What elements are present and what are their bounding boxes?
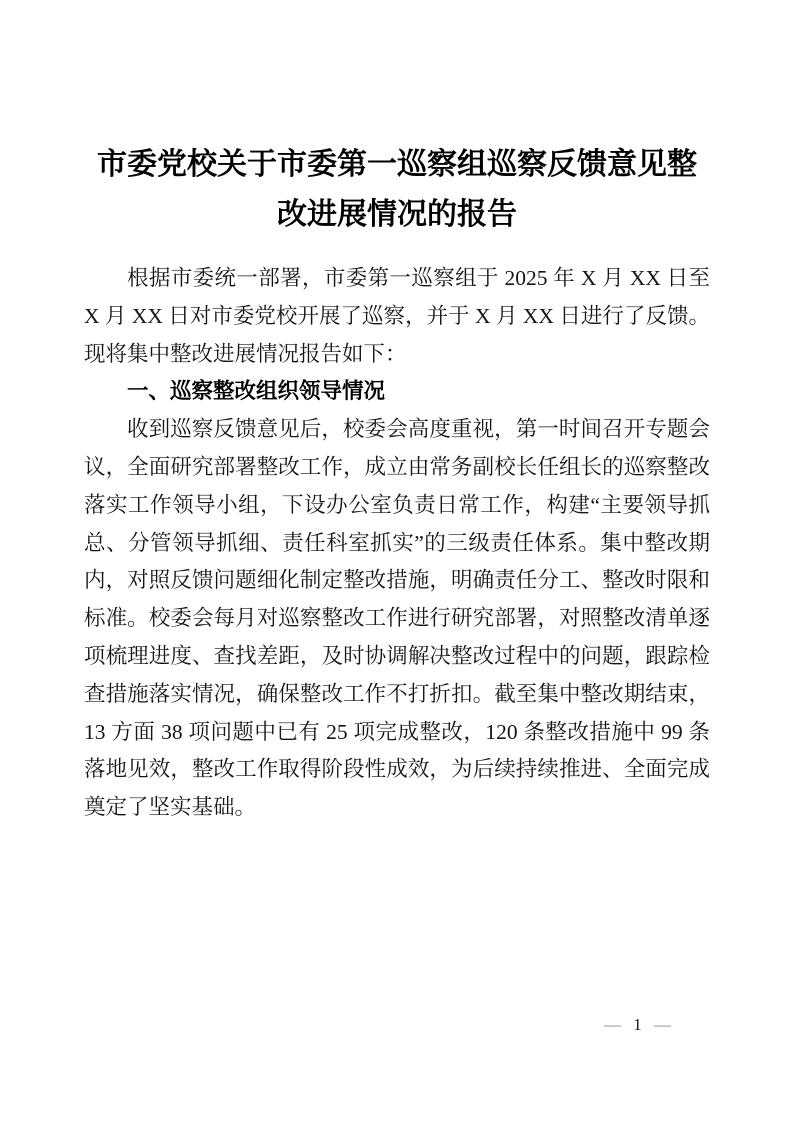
page-number-value: 1 [633,1015,642,1034]
page-number-dash-right: — [654,1015,671,1034]
section-1-paragraph: 收到巡察反馈意见后，校委会高度重视，第一时间召开专题会议，全面研究部署整改工作，… [84,411,710,827]
intro-paragraph: 根据市委统一部署，市委第一巡察组于 2025 年 X 月 XX 日至 X 月 X… [84,260,710,373]
section-1-heading: 一、巡察整改组织领导情况 [84,373,710,411]
document-content: 市委党校关于市委第一巡察组巡察反馈意见整 改进展情况的报告 根据市委统一部署，市… [84,0,710,827]
title-line-2: 改进展情况的报告 [84,190,710,240]
page-number-dash-left: — [604,1015,621,1034]
title-line-1: 市委党校关于市委第一巡察组巡察反馈意见整 [84,140,710,190]
document-title: 市委党校关于市委第一巡察组巡察反馈意见整 改进展情况的报告 [84,140,710,240]
page-number: — 1 — [604,1012,671,1038]
document-page: 市委党校关于市委第一巡察组巡察反馈意见整 改进展情况的报告 根据市委统一部署，市… [0,0,793,1122]
document-body: 根据市委统一部署，市委第一巡察组于 2025 年 X 月 XX 日至 X 月 X… [84,260,710,827]
